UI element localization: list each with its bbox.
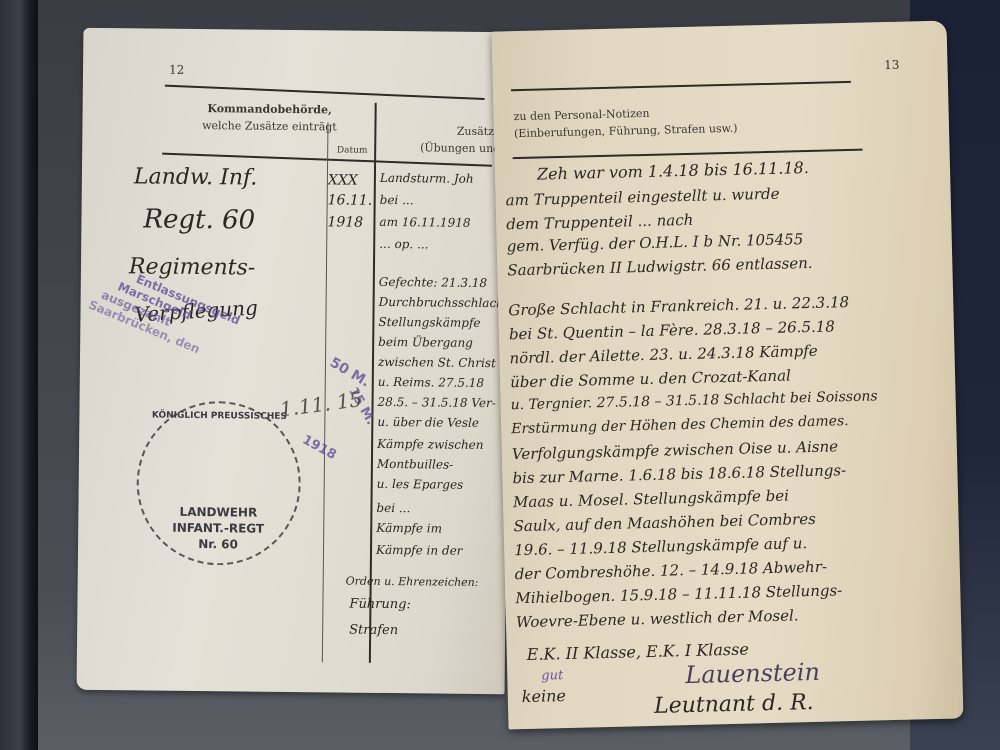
- round-stamp-line: LANDWEHR: [138, 504, 298, 520]
- note-line: u. Tergnier. 27.5.18 – 31.5.18 Schlacht …: [510, 388, 877, 413]
- note-line: Maas u. Mosel. Stellungskämpfe bei: [513, 487, 789, 512]
- remark-line: am 16.11.1918: [379, 215, 470, 230]
- header-date: Datum: [332, 144, 372, 158]
- header-top-rule: [165, 85, 485, 100]
- header-bottom-rule: [513, 149, 863, 160]
- remark-line: u. les Eparges: [377, 477, 464, 492]
- remark-line: Durchbruchsschlacht: [379, 295, 509, 310]
- header-authority-subtitle: welche Zusätze einträgt: [202, 119, 337, 133]
- right-page: 13 zu den Personal-Notizen (Einberufunge…: [492, 21, 964, 730]
- note-line: nördl. der Ailette. 23. u. 24.3.18 Kämpf…: [509, 342, 818, 368]
- remark-line: bei ...: [380, 193, 414, 207]
- round-stamp-line: Nr. 60: [138, 536, 298, 552]
- note-line: Mihielbogen. 15.9.18 – 11.11.18 Stellung…: [515, 581, 842, 607]
- note-line: bei St. Quentin – la Fère. 28.3.18 – 26.…: [509, 317, 835, 343]
- date-marks: XXX: [328, 172, 358, 188]
- page-number-right: 13: [884, 58, 900, 72]
- officer-rank: Leutnant d. R.: [654, 690, 814, 719]
- note-line: über die Somme u. den Crozat-Kanal: [510, 366, 791, 391]
- left-dark-edge: [0, 0, 38, 750]
- note-line: Saulx, auf den Maashöhen bei Combres: [513, 510, 816, 535]
- page-number-left: 12: [169, 63, 184, 77]
- regiment-round-stamp: KÖNIGLICH PREUSSISCHES LANDWEHR INFANT.-…: [136, 400, 302, 566]
- remark-line: bei ...: [376, 501, 410, 515]
- notes-entries: Zeh war vom 1.4.18 bis 16.11.18. am Trup…: [492, 21, 947, 32]
- header-authority: Kommandobehörde, welche Zusätze einträgt: [174, 101, 364, 136]
- round-stamp-top: KÖNIGLICH PREUSSISCHES: [139, 410, 299, 422]
- note-line: dem Truppenteil ... nach: [506, 211, 693, 234]
- note-line: Zeh war vom 1.4.18 bis 16.11.18.: [537, 158, 809, 184]
- remark-line: Montbuilles-: [377, 457, 453, 472]
- conduct-value: gut: [541, 668, 563, 684]
- remark-line: ... op. ...: [379, 237, 428, 252]
- stamp-amount-1: 50 M.: [327, 355, 373, 391]
- note-line: am Truppenteil eingestellt u. wurde: [505, 185, 779, 210]
- date-day-month: 16.11.: [328, 192, 373, 208]
- note-line: 19.6. – 11.9.18 Stellungskämpfe auf u.: [514, 534, 807, 559]
- note-line: Saarbrücken II Ludwigstr. 66 entlassen.: [507, 254, 813, 279]
- round-stamp-line: INFANT.-REGT: [138, 520, 298, 536]
- remarks-list: Landsturm. Joh bei ... am 16.11.1918 ...…: [83, 28, 511, 32]
- note-line: Erstürmung der Höhen des Chemin des dame…: [511, 413, 849, 437]
- remark-line: Gefechte: 21.3.18: [379, 275, 487, 290]
- remark-line: u. Reims. 27.5.18: [378, 375, 484, 390]
- header-line-1: zu den Personal-Notizen: [513, 107, 649, 123]
- authority-entry-2: Regt. 60: [143, 204, 255, 235]
- note-line: Verfolgungskämpfe zwischen Oise u. Aisne: [512, 437, 839, 463]
- remark-line: beim Übergang: [378, 335, 473, 350]
- remark-line: 28.5. – 31.5.18 Ver-: [378, 395, 496, 410]
- label-decorations: Orden u. Ehrenzeichen:: [346, 575, 479, 589]
- remark-line: u. über die Vesle: [377, 415, 479, 430]
- note-line: Woevre-Ebene u. westlich der Mosel.: [516, 606, 799, 631]
- header-personal-notes: zu den Personal-Notizen (Einberufungen, …: [513, 104, 737, 142]
- remark-line: Landsturm. Joh: [380, 171, 474, 186]
- remark-line: Kämpfe zwischen: [377, 437, 484, 452]
- header-remarks: Zusätze (Übungen und: [400, 123, 500, 157]
- header-top-rule: [511, 81, 851, 91]
- date-year: 1918: [327, 214, 363, 230]
- header-line-2: (Einberufungen, Führung, Strafen usw.): [514, 121, 738, 139]
- punishments-value: keine: [522, 686, 567, 706]
- header-authority-title: Kommandobehörde,: [207, 102, 332, 116]
- remark-line: Kämpfe im: [376, 521, 442, 536]
- authority-entry-1: Landw. Inf.: [134, 164, 258, 190]
- label-punishments: Strafen: [349, 623, 398, 639]
- remark-line: Stellungskämpfe: [378, 315, 480, 330]
- officer-signature: Lauenstein: [685, 658, 820, 689]
- remark-line: zwischen St. Christ: [378, 355, 496, 370]
- header-remarks-subtitle: (Übungen und: [420, 141, 500, 155]
- note-line: gem. Verfüg. der O.H.L. I b Nr. 105455: [507, 230, 804, 255]
- left-page: 12 Kommandobehörde, welche Zusätze eintr…: [77, 28, 512, 694]
- note-line: Große Schlacht in Frankreich. 21. u. 22.…: [508, 293, 849, 319]
- label-conduct: Führung:: [349, 597, 411, 613]
- remark-line: Kämpfe in der: [376, 543, 463, 558]
- stamp-year: 1918: [300, 433, 339, 463]
- note-line: bis zur Marne. 1.6.18 bis 18.6.18 Stellu…: [512, 461, 846, 487]
- note-line: der Combreshöhe. 12. – 14.9.18 Abwehr-: [515, 558, 828, 584]
